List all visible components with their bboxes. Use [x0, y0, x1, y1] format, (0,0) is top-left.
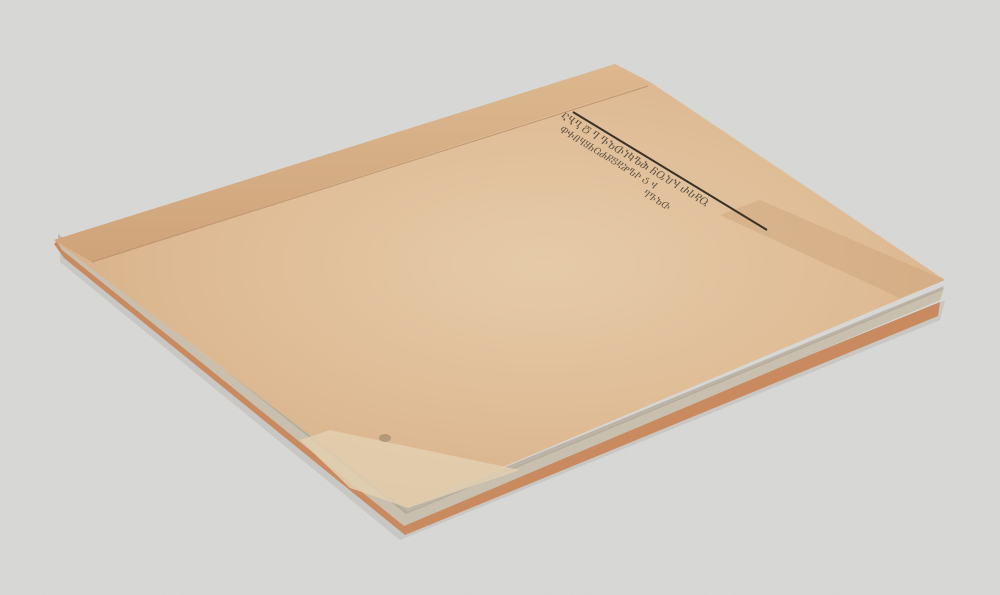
- photo-scene: ႠႡႢ Ⴃ Ⴄ ႥႦႧႨႩႪႫ ႬႭႮႯ ႰႱႲႳ ႴႵႶႷႸႹႺႻႼႽႾႿჀჁ…: [0, 0, 1000, 595]
